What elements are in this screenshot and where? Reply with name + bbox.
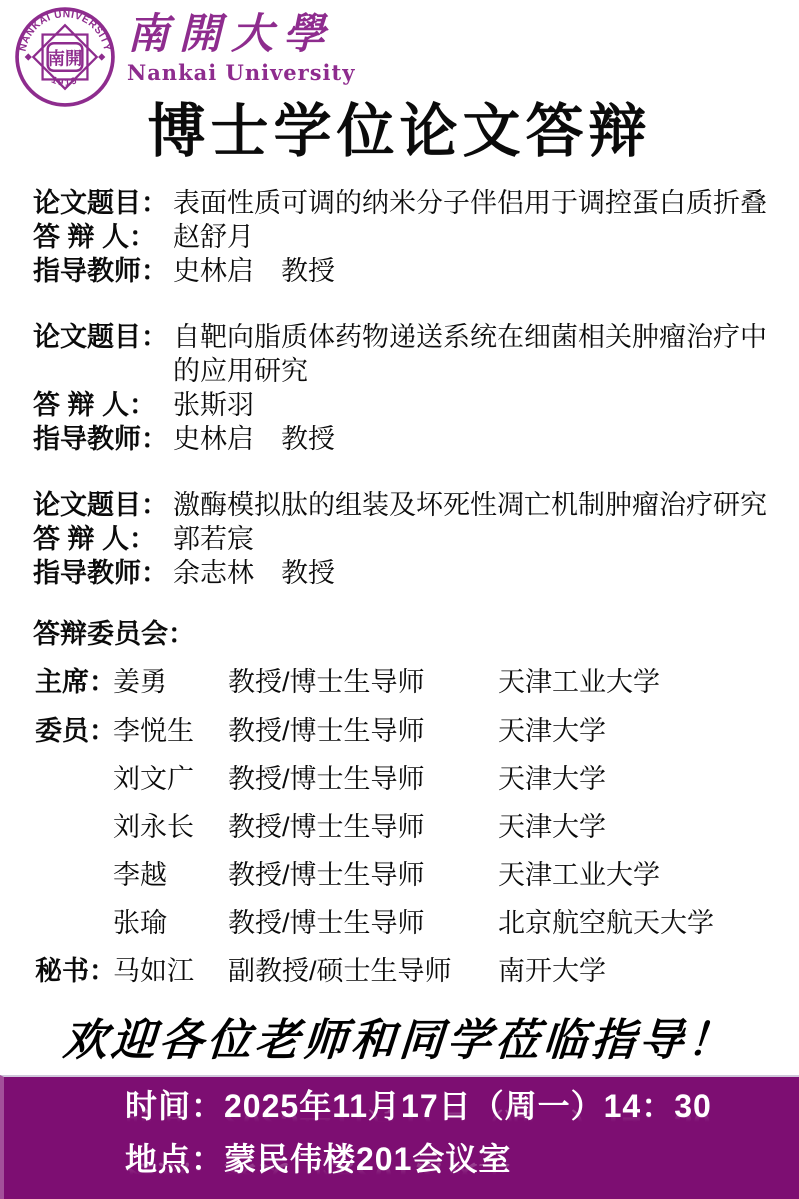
event-time: 时间：2025年11月17日（周一）14：30 xyxy=(125,1086,712,1126)
member-affiliation: 天津大学 xyxy=(498,805,606,844)
advisor-label: 指导教师： xyxy=(33,254,173,288)
welcome-message: 欢迎各位老师和同学莅临指导！ xyxy=(0,1004,799,1068)
member-role: 主席： xyxy=(35,660,116,699)
member-role: 委员： xyxy=(35,709,116,748)
member-title: 教授/博士生导师 xyxy=(228,660,425,699)
member-title: 教授/博士生导师 xyxy=(228,901,425,940)
member-name: 马如江 xyxy=(113,949,194,988)
member-affiliation: 北京航空航天大学 xyxy=(498,901,714,940)
defender-row: 答 辩 人： 赵舒月 xyxy=(33,220,785,254)
seal-ring-text: NANKAI UNIVERSITY xyxy=(18,9,113,52)
advisor-label: 指导教师： xyxy=(33,556,173,590)
thesis-entry-3: 论文题目： 激酶模拟肽的组装及坏死性凋亡机制肿瘤治疗研究 答 辩 人： 郭若宸 … xyxy=(33,488,785,590)
defender-label: 答 辩 人： xyxy=(33,388,173,422)
member-affiliation: 天津工业大学 xyxy=(498,853,660,892)
member-name: 姜勇 xyxy=(113,660,167,699)
brand-english-name: Nankai University xyxy=(127,60,355,85)
thesis-title-label: 论文题目： xyxy=(33,186,173,220)
advisor-row: 指导教师： 余志林 教授 xyxy=(33,556,785,590)
defender-label: 答 辩 人： xyxy=(33,522,173,556)
thesis-title-value: 表面性质可调的纳米分子伴侣用于调控蛋白质折叠 xyxy=(173,186,783,220)
defender-value: 赵舒月 xyxy=(173,220,783,254)
committee-row: 刘文广 教授/博士生导师 天津大学 xyxy=(0,757,799,791)
committee-row: 李越 教授/博士生导师 天津工业大学 xyxy=(0,853,799,887)
footer-banner: 时间：2025年11月17日（周一）14：30 地点：蒙民伟楼201会议室 xyxy=(0,1075,799,1199)
member-title: 教授/博士生导师 xyxy=(228,853,425,892)
thesis-entry-2: 论文题目： 自靶向脂质体药物递送系统在细菌相关肿瘤治疗中的应用研究 答 辩 人：… xyxy=(33,320,785,456)
defender-row: 答 辩 人： 郭若宸 xyxy=(33,522,785,556)
member-title: 教授/博士生导师 xyxy=(228,709,425,748)
defender-label: 答 辩 人： xyxy=(33,220,173,254)
member-affiliation: 南开大学 xyxy=(498,949,606,988)
seal-left-dot xyxy=(25,53,32,60)
advisor-label: 指导教师： xyxy=(33,422,173,456)
member-name: 刘永长 xyxy=(113,805,194,844)
thesis-title-row: 论文题目： 自靶向脂质体药物递送系统在细菌相关肿瘤治疗中的应用研究 xyxy=(33,320,785,388)
committee-row: 张瑜 教授/博士生导师 北京航空航天大学 xyxy=(0,901,799,935)
member-affiliation: 天津大学 xyxy=(498,709,606,748)
thesis-title-row: 论文题目： 激酶模拟肽的组装及坏死性凋亡机制肿瘤治疗研究 xyxy=(33,488,785,522)
member-affiliation: 天津工业大学 xyxy=(498,660,660,699)
advisor-value: 余志林 教授 xyxy=(173,556,783,590)
advisor-row: 指导教师： 史林启 教授 xyxy=(33,254,785,288)
committee-row: 主席： 姜勇 教授/博士生导师 天津工业大学 xyxy=(0,660,799,694)
thesis-entry-1: 论文题目： 表面性质可调的纳米分子伴侣用于调控蛋白质折叠 答 辩 人： 赵舒月 … xyxy=(33,186,785,288)
event-location: 地点：蒙民伟楼201会议室 xyxy=(125,1139,511,1179)
thesis-title-value: 自靶向脂质体药物递送系统在细菌相关肿瘤治疗中的应用研究 xyxy=(173,320,783,388)
thesis-title-value: 激酶模拟肽的组装及坏死性凋亡机制肿瘤治疗研究 xyxy=(173,488,783,522)
member-role: 秘书： xyxy=(35,949,116,988)
committee-row: 委员： 李悦生 教授/博士生导师 天津大学 xyxy=(0,709,799,743)
advisor-value: 史林启 教授 xyxy=(173,422,783,456)
committee-row: 秘书： 马如江 副教授/硕士生导师 南开大学 xyxy=(0,949,799,983)
member-title: 教授/博士生导师 xyxy=(228,805,425,844)
page-title: 博士学位论文答辩 xyxy=(0,84,799,168)
committee-heading: 答辩委员会： xyxy=(33,612,195,651)
brand-calligraphy-name: 南開大學 xyxy=(127,10,355,58)
member-name: 刘文广 xyxy=(113,757,194,796)
defender-row: 答 辩 人： 张斯羽 xyxy=(33,388,785,422)
thesis-title-row: 论文题目： 表面性质可调的纳米分子伴侣用于调控蛋白质折叠 xyxy=(33,186,785,220)
advisor-row: 指导教师： 史林启 教授 xyxy=(33,422,785,456)
thesis-title-label: 论文题目： xyxy=(33,488,173,522)
defender-value: 郭若宸 xyxy=(173,522,783,556)
member-title: 教授/博士生导师 xyxy=(228,757,425,796)
brand-block: 南開大學 Nankai University xyxy=(127,10,355,85)
member-name: 李越 xyxy=(113,853,167,892)
member-name: 张瑜 xyxy=(113,901,167,940)
member-affiliation: 天津大学 xyxy=(498,757,606,796)
defense-poster: NANKAI UNIVERSITY 1919 南開 南開大學 Nankai Un… xyxy=(0,0,799,1199)
seal-right-dot xyxy=(98,53,105,60)
committee-row: 刘永长 教授/博士生导师 天津大学 xyxy=(0,805,799,839)
thesis-title-label: 论文题目： xyxy=(33,320,173,354)
seal-center-chars: 南開 xyxy=(48,49,83,70)
advisor-value: 史林启 教授 xyxy=(173,254,783,288)
member-title: 副教授/硕士生导师 xyxy=(228,949,452,988)
member-name: 李悦生 xyxy=(113,709,194,748)
defender-value: 张斯羽 xyxy=(173,388,783,422)
